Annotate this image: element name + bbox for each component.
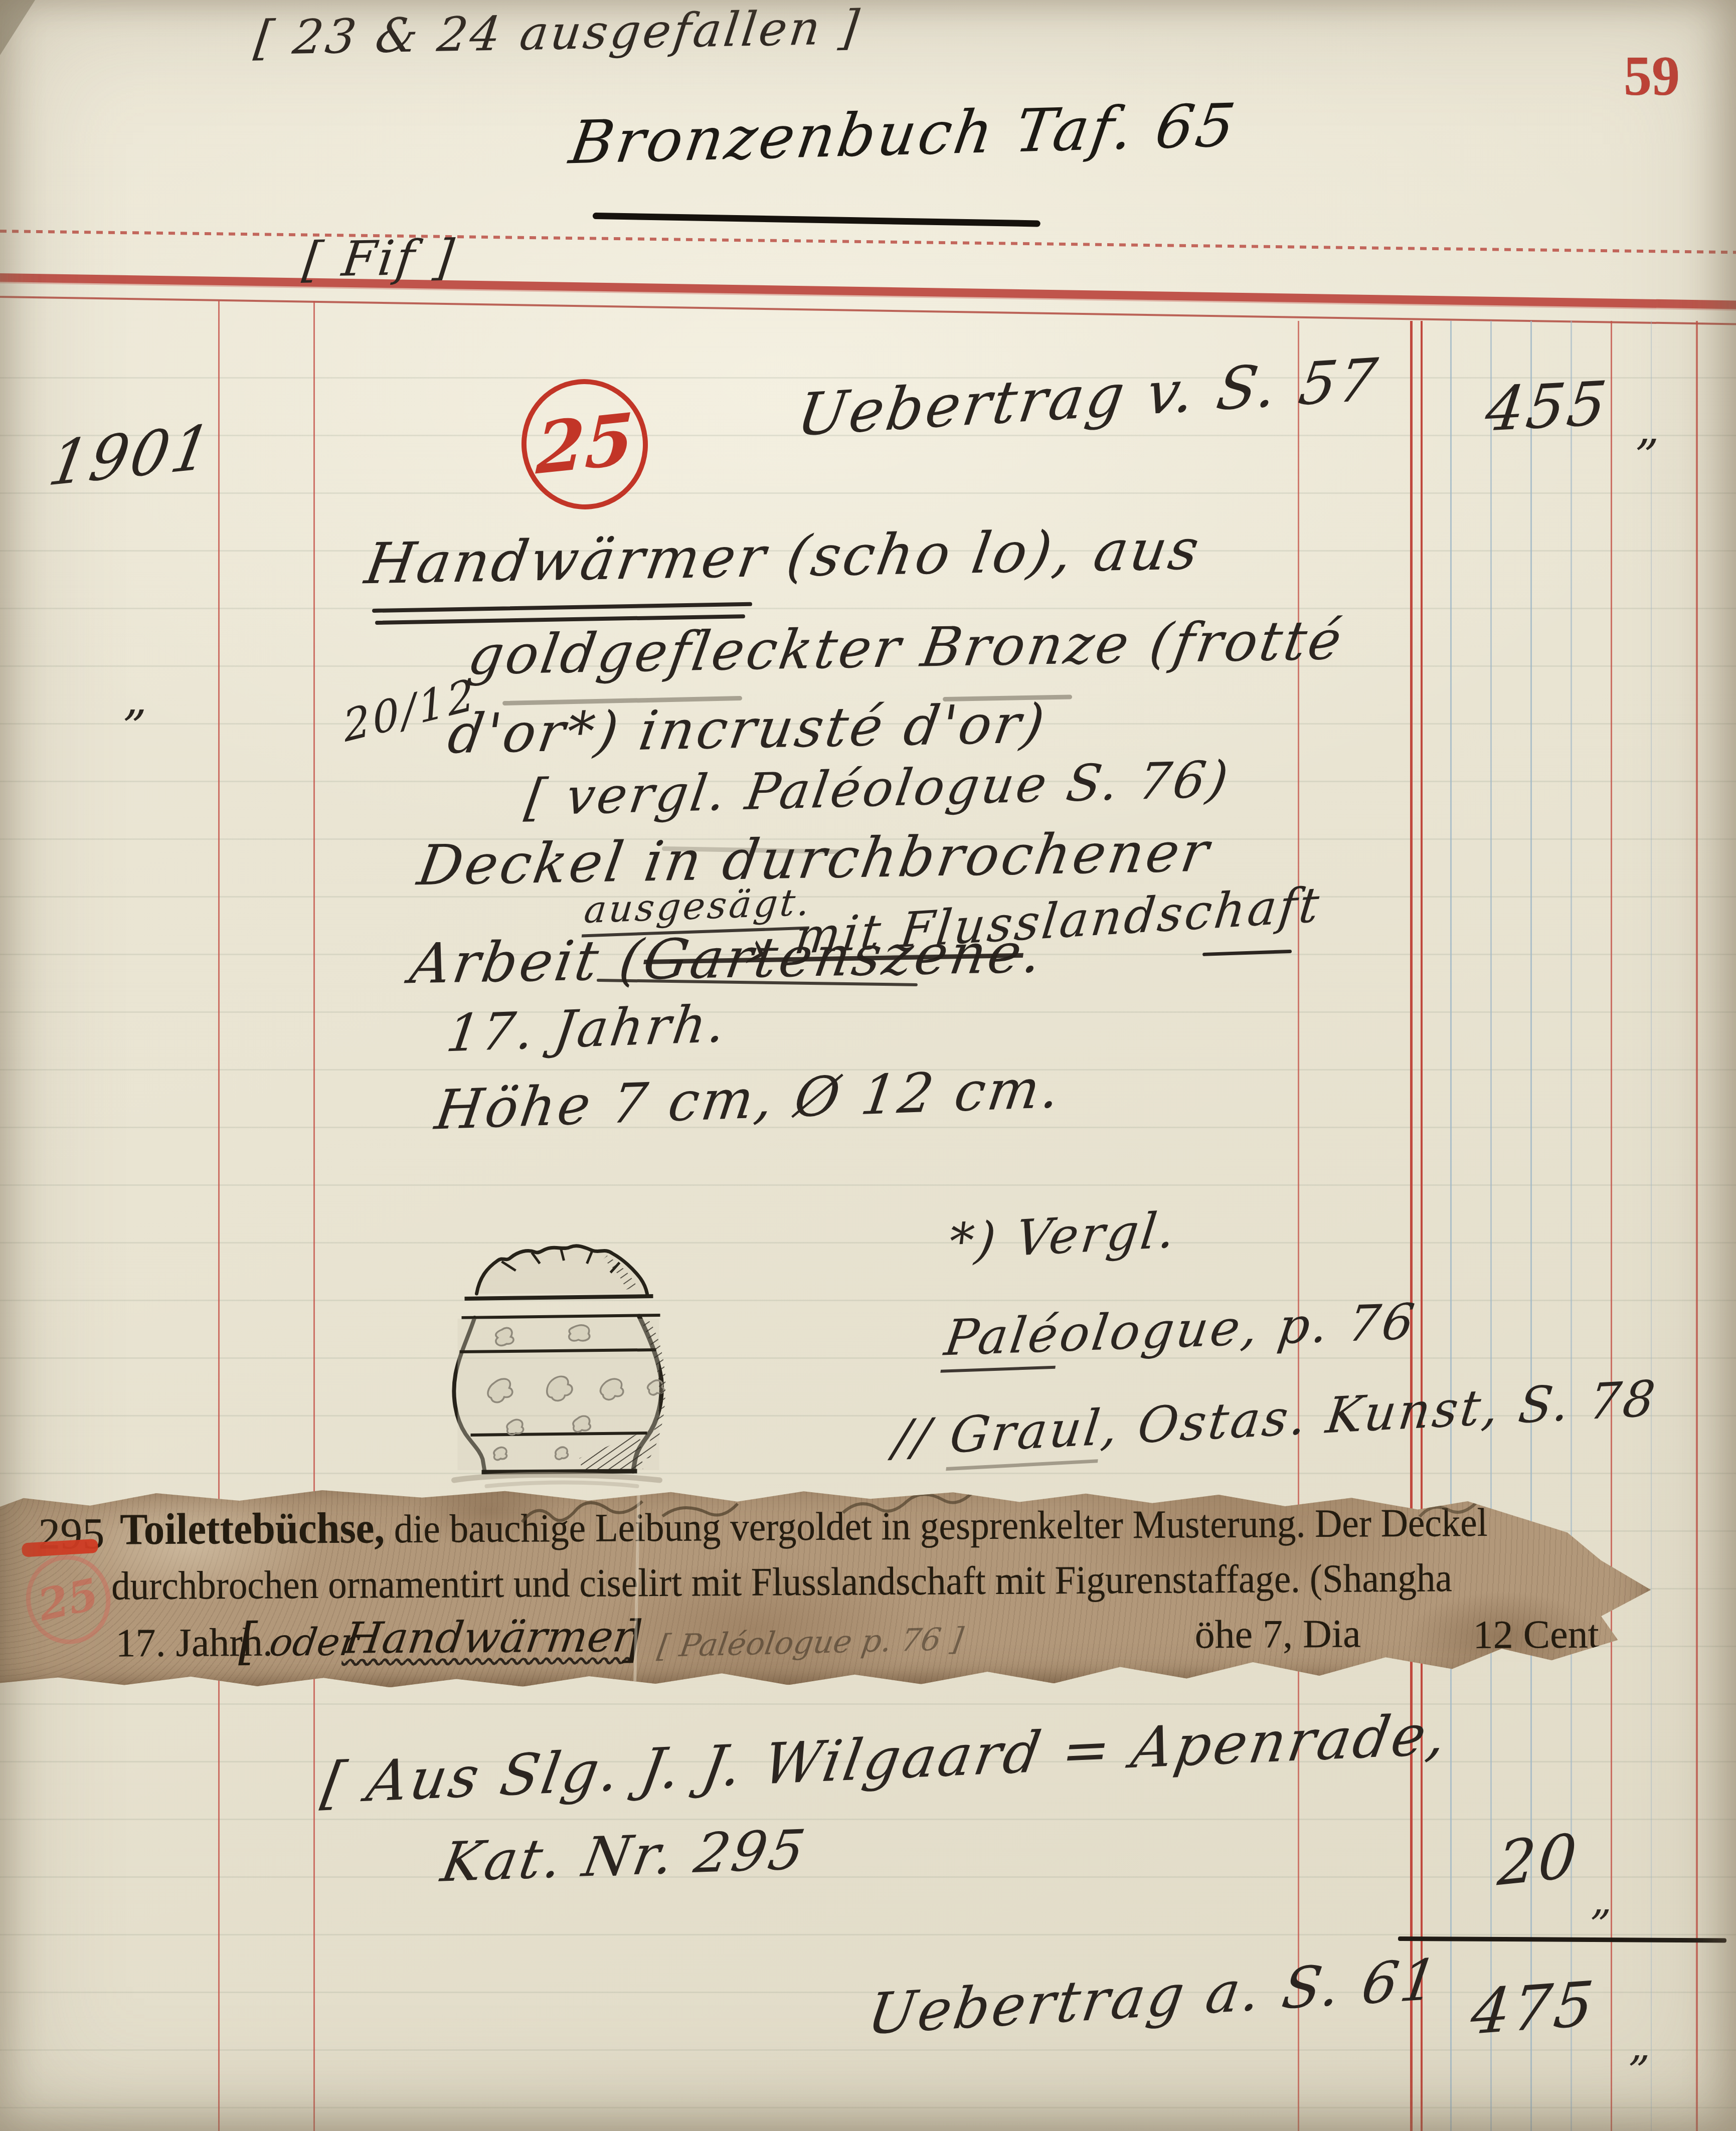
carry-ditto-mark: „ — [1636, 401, 1662, 455]
slip-line-3-cent: 12 Cent — [1473, 1612, 1599, 1659]
carry-forward-amount: 455 — [1482, 369, 1613, 445]
total-amount-ditto: „ — [1629, 2021, 1653, 2070]
right-red-line-2 — [1611, 321, 1612, 2131]
left-margin-line-1 — [218, 301, 220, 2131]
page-title: Bronzenbuch Taf. 65 — [565, 90, 1242, 177]
margin-note: [ 23 & 24 ausgefallen ] — [252, 1, 864, 66]
total-amount: 475 — [1468, 1968, 1599, 2049]
year-ditto-mark: „ — [123, 672, 150, 726]
catalog-slip: 295 25 Toilettebüchse, die bauchige Leib… — [0, 1480, 1651, 1690]
red-thick-rule — [0, 273, 1736, 309]
blue-line-2 — [1490, 321, 1492, 2131]
left-margin-line-2 — [313, 301, 315, 2131]
entry-line-7: 17. Jahrh. — [443, 994, 731, 1063]
blue-line-5 — [1651, 321, 1652, 2131]
slip-bracket-open: [ — [238, 1612, 258, 1671]
slip-hand-word: Handwärmer — [341, 1612, 637, 1664]
item-number: 25 — [535, 398, 635, 491]
right-red-double-a — [1410, 321, 1413, 2131]
red-dotted-rule — [0, 230, 1736, 254]
title-underline — [593, 213, 1040, 227]
red-stamp-number: 25 — [34, 1568, 103, 1631]
slip-hand-faded: [ Paléologue p. 76 ] — [655, 1621, 966, 1665]
page-number: 59 — [1624, 44, 1680, 109]
red-stamp-circle: 25 — [18, 1547, 119, 1652]
provenance-line-2: Kat. Nr. 295 — [437, 1819, 812, 1894]
object-name: Handwärmer — [361, 524, 772, 597]
entry-amount-ditto: „ — [1591, 1876, 1614, 1924]
vessel-sketch — [420, 1222, 693, 1493]
page-corner-shadow — [0, 0, 35, 55]
ledger-page: [ 23 & 24 ausgefallen ] 59 Bronzenbuch T… — [0, 0, 1736, 2131]
entry-amount: 20 — [1495, 1821, 1582, 1900]
page-subtitle: [ Fif ] — [300, 229, 459, 288]
slip-line-2: durchbrochen ornamentirt und ciselirt mi… — [111, 1555, 1452, 1609]
slip-line-3-dims: öhe 7, Dia — [1194, 1611, 1361, 1658]
right-red-line-3 — [1696, 321, 1698, 2131]
slip-bracket-close: ] — [622, 1610, 642, 1668]
right-red-line-1 — [1298, 321, 1299, 2131]
blue-line-1 — [1450, 321, 1452, 2131]
right-red-double-b — [1421, 321, 1423, 2131]
entry-line-6: Arbeit (Gartenszene. — [406, 921, 1049, 996]
entry-line-3: d'or*) incrusté d'or) — [444, 692, 1051, 766]
faint-ruling-lines — [0, 321, 1736, 2131]
